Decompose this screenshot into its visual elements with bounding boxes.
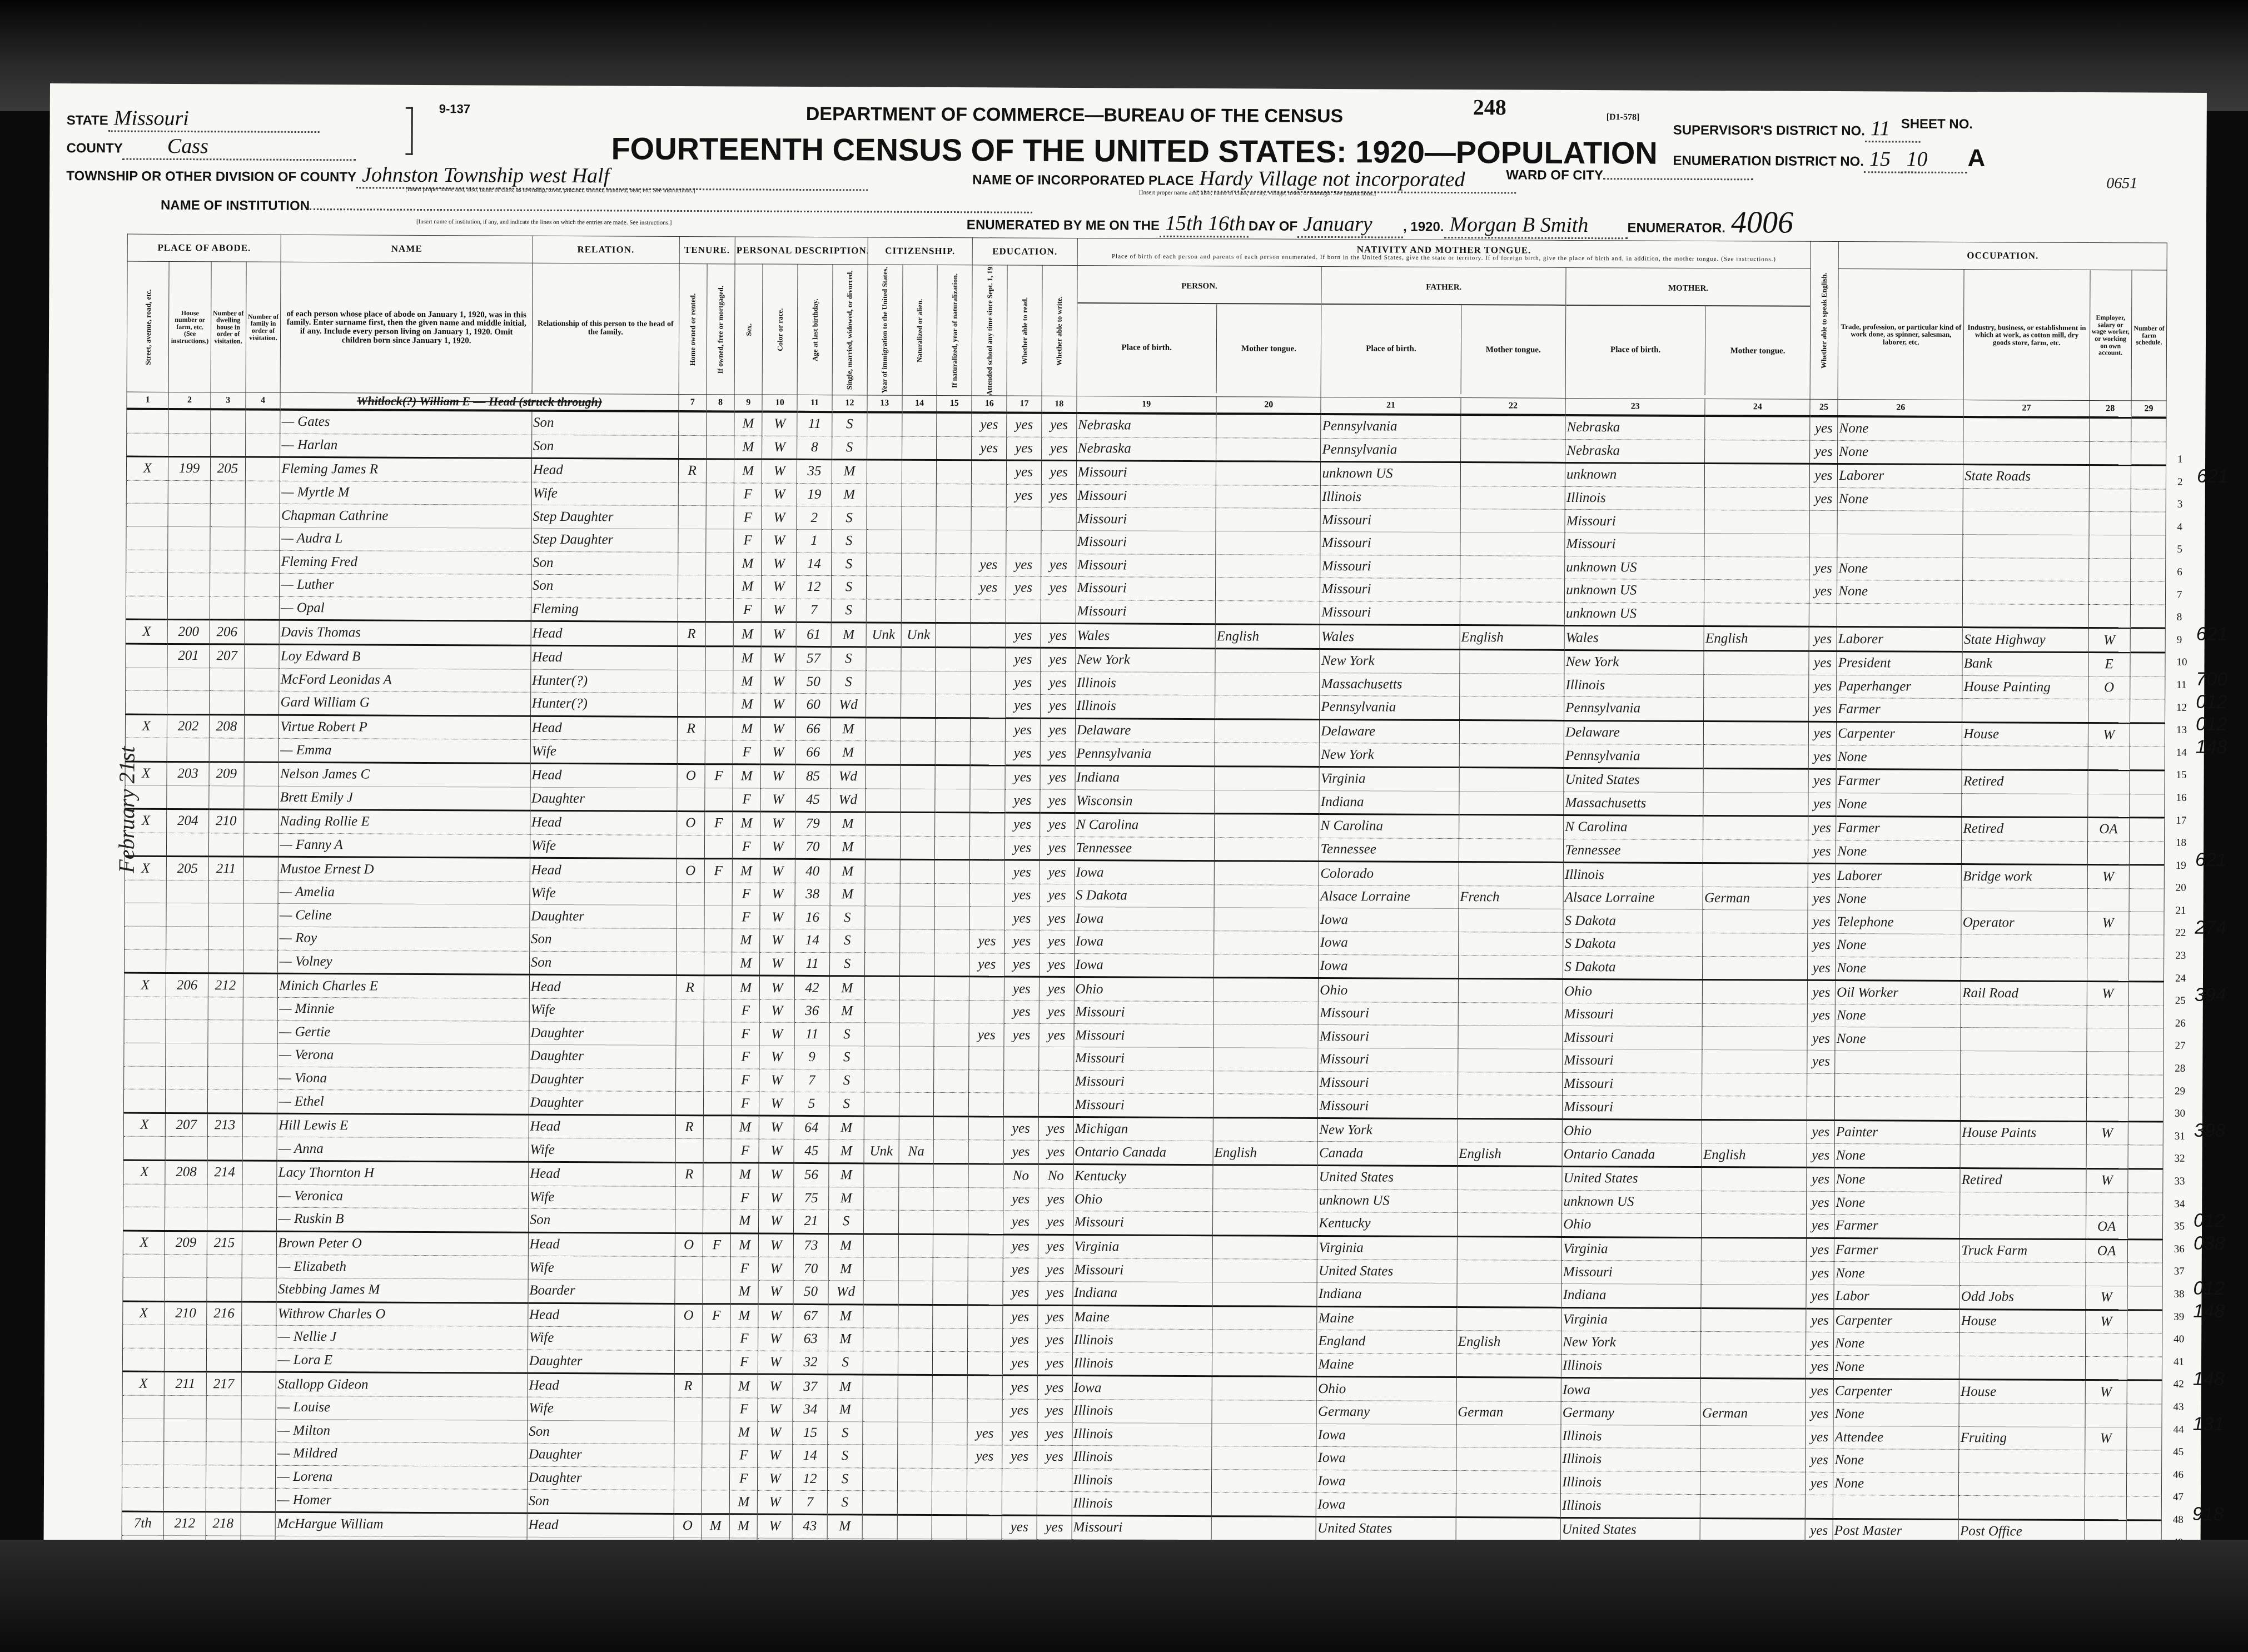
- cell-house: [165, 1325, 207, 1349]
- cell-school: [972, 460, 1007, 484]
- cell-trade: Laborer: [1836, 864, 1961, 888]
- col-header-29: Number of farm schedule.: [2131, 270, 2167, 401]
- cell-industry: State Highway: [1962, 628, 2088, 653]
- cell-house: [166, 1066, 208, 1089]
- cell-name: — Louise: [276, 1396, 527, 1420]
- cell-trade: Oil Worker: [1836, 981, 1961, 1005]
- cell-industry: House: [1959, 1380, 2085, 1404]
- cell-dwelling: [206, 1348, 241, 1372]
- cell-fpob: Missouri: [1320, 601, 1460, 625]
- cell-tenure: [674, 1467, 702, 1490]
- cell-fpob: Pennsylvania: [1321, 438, 1460, 462]
- cell-ftongue: [1460, 579, 1565, 602]
- cell-mpob: Nebraska: [1565, 415, 1705, 440]
- cell-trade: [1835, 1051, 1961, 1074]
- cell-emp: [2088, 604, 2131, 628]
- cell-marital: S: [832, 436, 867, 460]
- cell-read: yes: [1004, 860, 1040, 884]
- cell-race: W: [762, 506, 797, 529]
- cell-family: [245, 410, 280, 434]
- enumeration-district-label: ENUMERATION DISTRICT NO.: [1673, 153, 1864, 169]
- cell-write: yes: [1038, 1305, 1073, 1329]
- cell-mpob: Ontario Canada: [1562, 1143, 1702, 1167]
- col-header-4: Number of family in order of visitation.: [246, 262, 281, 392]
- cell-ptongue: [1213, 978, 1319, 1002]
- cell-family: [242, 1067, 277, 1090]
- sheet-side: A: [1967, 145, 1985, 172]
- cell-sex: M: [731, 1210, 759, 1233]
- year-value: , 1920.: [1403, 220, 1444, 235]
- col-number-2: 2: [168, 392, 211, 409]
- cell-industry: [1963, 488, 2089, 512]
- cell-dwelling: [207, 1278, 242, 1302]
- cell-tenure: [678, 552, 705, 575]
- line-number: 33: [2174, 1171, 2191, 1193]
- cell-mort: F: [704, 812, 732, 835]
- cell-fpob: Canada: [1317, 1142, 1457, 1166]
- line-number: 41: [2174, 1351, 2190, 1374]
- cell-industry: [1961, 888, 2087, 912]
- cell-house: [167, 738, 210, 762]
- cell-family: [245, 434, 280, 457]
- cell-write: yes: [1037, 1422, 1072, 1446]
- cell-mort: [702, 1467, 729, 1490]
- institution-field: NAME OF INSTITUTION: [161, 198, 1032, 217]
- cell-marital: M: [831, 623, 866, 647]
- cell-marital: M: [830, 859, 865, 883]
- cell-farm: [2128, 982, 2164, 1006]
- cell-mort: [705, 693, 733, 717]
- cell-farm: [2128, 1006, 2164, 1029]
- cell-street: [122, 1465, 164, 1488]
- cell-race: W: [761, 693, 796, 717]
- cell-name: — Viona: [277, 1067, 529, 1091]
- cell-family: [245, 504, 280, 527]
- cell-write: yes: [1041, 624, 1076, 648]
- cell-ftongue: [1459, 767, 1564, 791]
- cell-read: yes: [1006, 484, 1041, 507]
- cell-fpob: Ohio: [1319, 978, 1458, 1003]
- cell-name: Brown Peter O: [277, 1231, 528, 1256]
- occupation-code: 148: [2193, 1301, 2225, 1322]
- cell-eng: yes: [1808, 745, 1836, 769]
- cell-mpob: Germany: [1561, 1401, 1700, 1425]
- cell-dwelling: [208, 880, 243, 904]
- cell-mort: [705, 716, 733, 740]
- cell-farm: [2130, 628, 2165, 653]
- cell-street: [122, 1395, 165, 1419]
- cell-sex: M: [730, 1421, 758, 1444]
- cell-age: 75: [794, 1187, 829, 1210]
- cell-imm: [866, 765, 901, 789]
- cell-industry: [1960, 1192, 2086, 1216]
- cell-age: 70: [793, 1257, 828, 1281]
- cell-ftongue: English: [1460, 625, 1565, 650]
- cell-marital: M: [829, 1116, 864, 1140]
- cell-emp: [2086, 1145, 2128, 1169]
- cell-farm: [2129, 818, 2164, 842]
- col-header-6: Relationship of this person to the head …: [532, 263, 679, 394]
- cell-industry: [1961, 1004, 2086, 1028]
- cell-mpob: Illinois: [1561, 1425, 1700, 1449]
- cell-write: [1038, 1070, 1073, 1093]
- cell-ftongue: [1456, 1517, 1561, 1541]
- cell-imm: [866, 599, 901, 623]
- cell-industry: Retired: [1960, 1168, 2086, 1193]
- line-number: 40: [2174, 1328, 2190, 1351]
- cell-write: [1037, 1469, 1072, 1492]
- cell-ptongue: [1214, 885, 1319, 908]
- cell-nat: [898, 1375, 933, 1399]
- cell-natyr: [933, 1187, 968, 1211]
- col-header-23: Place of birth.: [1566, 346, 1705, 355]
- cell-sex: F: [732, 905, 760, 929]
- cell-marital: M: [828, 1257, 863, 1281]
- cell-ftongue: [1460, 415, 1565, 439]
- cell-mpob: Ohio: [1562, 1119, 1702, 1143]
- cell-write: yes: [1038, 1258, 1073, 1282]
- cell-read: [1004, 1047, 1039, 1070]
- cell-race: W: [759, 1092, 794, 1116]
- cell-read: [1006, 507, 1041, 530]
- cell-trade: Labor: [1834, 1285, 1959, 1309]
- cell-school: [971, 507, 1006, 530]
- cell-nat: [898, 1163, 933, 1187]
- cell-marital: M: [830, 835, 865, 859]
- cell-relation: Boarder: [528, 1279, 675, 1303]
- cell-ptongue: [1212, 1352, 1317, 1376]
- enumerated-label: ENUMERATED BY ME ON THE: [967, 217, 1160, 233]
- cell-fpob: Ohio: [1317, 1377, 1456, 1401]
- cell-tenure: [677, 670, 705, 693]
- cell-natyr: [936, 599, 971, 623]
- cell-emp: [2088, 581, 2131, 605]
- cell-pob: Virginia: [1073, 1235, 1212, 1259]
- cell-sex: F: [730, 1257, 758, 1280]
- cell-industry: [1960, 1145, 2086, 1169]
- cell-industry: [1961, 1074, 2086, 1098]
- col-number-27: 27: [1963, 400, 2089, 417]
- cell-race: W: [760, 835, 795, 859]
- scan-border-bottom: [0, 1540, 2248, 1652]
- cell-natyr: [933, 1163, 968, 1187]
- line-number: 7: [2177, 584, 2194, 606]
- cell-mtongue: [1702, 1050, 1807, 1073]
- cell-school: [968, 1235, 1003, 1258]
- cell-mtongue: [1702, 1167, 1807, 1191]
- cell-mort: [705, 552, 733, 575]
- cell-emp: [2086, 1192, 2128, 1216]
- cell-mtongue: [1702, 1073, 1807, 1096]
- cell-read: yes: [1004, 884, 1040, 907]
- cell-relation: Head: [527, 1513, 674, 1537]
- cell-family: [243, 833, 278, 857]
- cell-farm: [2130, 747, 2165, 770]
- cell-farm: [2128, 1074, 2163, 1098]
- cell-nat: [899, 1046, 934, 1069]
- cell-ftongue: [1457, 1190, 1562, 1213]
- cell-dwelling: 216: [207, 1301, 242, 1325]
- cell-race: W: [758, 1374, 793, 1398]
- cell-school: [970, 765, 1005, 789]
- line-number: 26: [2175, 1013, 2192, 1036]
- cell-relation: Son: [528, 1208, 675, 1233]
- cell-tenure: [678, 506, 706, 529]
- cell-sex: M: [732, 859, 760, 883]
- cell-sex: M: [734, 575, 762, 599]
- cell-street: X: [124, 973, 166, 997]
- cell-eng: yes: [1805, 1472, 1833, 1495]
- cell-mort: [707, 411, 734, 435]
- cell-relation: Head: [529, 1114, 675, 1139]
- cell-ftongue: [1459, 862, 1564, 886]
- ward-value: [1603, 178, 1753, 180]
- line-number: 1: [2177, 449, 2194, 471]
- cell-school: [968, 1328, 1003, 1352]
- cell-emp: [2085, 1473, 2127, 1496]
- cell-nat: [899, 929, 934, 953]
- cell-emp: [2085, 1450, 2127, 1474]
- cell-house: [167, 668, 210, 691]
- col-header-1: Street, avenue, road, etc.: [127, 261, 169, 392]
- cell-write: [1039, 1047, 1074, 1070]
- cell-house: 201: [167, 644, 210, 668]
- col-header-24: Mother tongue.: [1705, 306, 1810, 396]
- cell-mpob: Missouri: [1563, 1026, 1702, 1050]
- cell-family: [243, 927, 278, 950]
- cell-mort: [704, 835, 732, 859]
- cell-ftongue: [1458, 1166, 1563, 1190]
- cell-read: [1006, 600, 1041, 624]
- cell-name: — Homer: [276, 1489, 527, 1514]
- cell-ftongue: [1457, 1283, 1562, 1307]
- cell-natyr: [933, 1328, 968, 1352]
- cell-race: W: [760, 764, 795, 788]
- cell-family: [244, 715, 279, 739]
- cell-relation: Step Daughter: [531, 505, 678, 529]
- cell-pob: Missouri: [1073, 1211, 1212, 1236]
- cell-ftongue: [1456, 1494, 1561, 1517]
- cell-ptongue: [1213, 1165, 1318, 1189]
- cell-race: W: [761, 670, 796, 694]
- cell-race: W: [761, 622, 796, 646]
- cell-family: [241, 1349, 276, 1372]
- line-number: 6: [2177, 561, 2194, 584]
- cell-pob: Wales: [1076, 624, 1215, 649]
- cell-pob: N Carolina: [1075, 813, 1214, 838]
- cell-industry: [1959, 1403, 2085, 1427]
- line-number: 36: [2174, 1238, 2191, 1261]
- cell-race: W: [759, 999, 794, 1023]
- cell-name: — Roy: [278, 927, 529, 951]
- cell-relation: Son: [528, 1420, 674, 1444]
- cell-school: [967, 1491, 1002, 1515]
- cell-name: — Ethel: [277, 1090, 529, 1115]
- cell-ptongue: [1215, 814, 1320, 838]
- cell-fpob: Virginia: [1317, 1236, 1457, 1260]
- cell-natyr: [935, 789, 970, 813]
- state-label: STATE: [67, 113, 108, 128]
- cell-mort: [703, 1257, 730, 1280]
- cell-emp: W: [2087, 912, 2129, 935]
- cell-trade: Painter: [1834, 1120, 1960, 1145]
- cell-sex: M: [733, 812, 760, 835]
- cell-ptongue: [1216, 461, 1321, 485]
- cell-relation: Daughter: [527, 1466, 674, 1490]
- cell-sex: M: [732, 952, 760, 976]
- cell-read: yes: [1004, 1001, 1039, 1024]
- cell-ftongue: [1457, 1213, 1562, 1237]
- cell-family: [241, 1302, 276, 1326]
- cell-relation: Son: [529, 928, 676, 952]
- cell-eng: [1809, 534, 1837, 557]
- cell-imm: [864, 1069, 899, 1093]
- cell-farm: [2131, 489, 2166, 512]
- cell-mtongue: [1701, 1332, 1806, 1355]
- cell-mpob: Delaware: [1564, 720, 1704, 745]
- cell-emp: W: [2085, 1286, 2127, 1310]
- cell-natyr: [932, 1445, 967, 1469]
- cell-age: 15: [793, 1421, 828, 1445]
- cell-dwelling: [207, 1066, 242, 1089]
- cell-imm: [864, 1092, 899, 1116]
- cell-write: yes: [1040, 930, 1075, 953]
- cell-natyr: [933, 1258, 968, 1281]
- cell-age: 21: [794, 1210, 829, 1234]
- cell-tenure: [676, 905, 704, 929]
- cell-write: [1041, 507, 1076, 531]
- cell-imm: [867, 530, 902, 553]
- cell-tenure: [677, 693, 705, 717]
- cell-pob: Missouri: [1073, 1093, 1213, 1118]
- cell-mort: [703, 1280, 730, 1304]
- cell-trade: Carpenter: [1834, 1308, 1959, 1333]
- cell-street: [126, 596, 168, 620]
- cell-tenure: O: [674, 1303, 702, 1327]
- cell-write: yes: [1038, 1211, 1073, 1235]
- cell-pob: Missouri: [1074, 1024, 1213, 1048]
- enumerator-label: ENUMERATOR.: [1627, 220, 1725, 236]
- cell-eng: yes: [1809, 698, 1837, 721]
- cell-pob: Illinois: [1072, 1352, 1212, 1376]
- cell-imm: [864, 953, 899, 977]
- cell-industry: House: [1959, 1309, 2085, 1333]
- occupation-code: 398: [2194, 1120, 2226, 1142]
- cell-marital: M: [828, 1304, 863, 1328]
- cell-street: [124, 1066, 166, 1089]
- cell-street: [126, 690, 168, 714]
- cell-tenure: R: [678, 622, 705, 646]
- cell-relation: Son: [531, 551, 678, 575]
- cell-age: 73: [793, 1233, 828, 1257]
- cell-write: yes: [1039, 977, 1074, 1001]
- cell-sex: F: [732, 1068, 759, 1092]
- cell-imm: [867, 506, 902, 530]
- cell-imm: [862, 1445, 897, 1468]
- cell-name: — Milton: [276, 1419, 527, 1444]
- occupation-code: 621: [2195, 849, 2227, 871]
- enumerated-days: 15th 16th: [1160, 211, 1249, 238]
- line-number: 30: [2175, 1103, 2191, 1126]
- cell-marital: S: [829, 1023, 864, 1046]
- cell-dwelling: [208, 927, 243, 950]
- cell-age: 56: [794, 1163, 829, 1187]
- cell-natyr: [933, 1375, 968, 1399]
- line-number: 43: [2174, 1396, 2190, 1419]
- cell-mtongue: [1704, 698, 1809, 721]
- cell-eng: yes: [1807, 1050, 1835, 1073]
- cell-house: [167, 691, 210, 715]
- cell-eng: yes: [1809, 580, 1837, 603]
- cell-ptongue: [1214, 908, 1319, 931]
- cell-mpob: Indiana: [1561, 1283, 1701, 1308]
- cell-fpob: Maine: [1317, 1306, 1456, 1331]
- col-number-13: 13: [867, 395, 902, 412]
- occupation-code: 012: [2196, 691, 2227, 713]
- cell-eng: yes: [1806, 1402, 1833, 1426]
- cell-fpob: Maine: [1317, 1353, 1456, 1377]
- cell-trade: None: [1838, 416, 1963, 441]
- cell-mtongue: [1701, 1355, 1806, 1379]
- county-value: Cass: [123, 134, 356, 161]
- cell-ftongue: [1460, 439, 1565, 462]
- state-value: Missouri: [108, 106, 320, 133]
- col-header-27: Industry, business, or establishment in …: [1963, 270, 2090, 401]
- cell-tenure: [675, 1045, 703, 1068]
- cell-emp: [2085, 1333, 2127, 1357]
- cell-age: 57: [796, 646, 831, 670]
- cell-nat: [900, 812, 935, 836]
- cell-mpob: Massachusetts: [1564, 792, 1703, 816]
- cell-trade: Farmer: [1834, 1238, 1960, 1262]
- cell-pob: Missouri: [1076, 554, 1215, 578]
- cell-sex: M: [733, 670, 761, 693]
- cell-mpob: unknown US: [1564, 602, 1704, 626]
- cell-imm: [863, 1304, 898, 1328]
- cell-sex: M: [734, 459, 762, 483]
- cell-family: [245, 596, 280, 620]
- cell-trade: Farmer: [1836, 817, 1962, 841]
- cell-mort: [702, 1444, 729, 1467]
- cell-nat: [900, 836, 935, 860]
- cell-mtongue: [1702, 1191, 1807, 1214]
- cell-tenure: [678, 482, 706, 506]
- col-number-7: 7: [679, 394, 707, 411]
- cell-farm: [2129, 842, 2164, 865]
- col-number-19: 19: [1077, 396, 1216, 414]
- cell-family: [242, 1043, 277, 1067]
- cell-farm: [2128, 1169, 2163, 1193]
- cell-read: yes: [1002, 1352, 1037, 1376]
- cell-race: W: [762, 436, 797, 460]
- cell-read: yes: [1006, 694, 1041, 718]
- cell-mort: [706, 482, 734, 506]
- cell-age: 32: [793, 1351, 828, 1375]
- col-number-11: 11: [797, 395, 832, 412]
- cell-ftongue: [1460, 601, 1565, 625]
- cell-read: yes: [1002, 1515, 1037, 1539]
- cell-family: [242, 1113, 277, 1137]
- cell-house: [164, 1442, 206, 1465]
- cell-sex: F: [732, 883, 760, 906]
- cell-imm: [863, 1257, 898, 1281]
- line-number: 28: [2175, 1058, 2191, 1081]
- col-header-28: Employer, salary or wage worker, or work…: [2090, 270, 2132, 401]
- cell-mtongue: [1700, 1518, 1806, 1542]
- cell-fpob: Delaware: [1320, 719, 1459, 744]
- cell-mtongue: [1703, 816, 1808, 840]
- cell-farm: [2130, 699, 2165, 723]
